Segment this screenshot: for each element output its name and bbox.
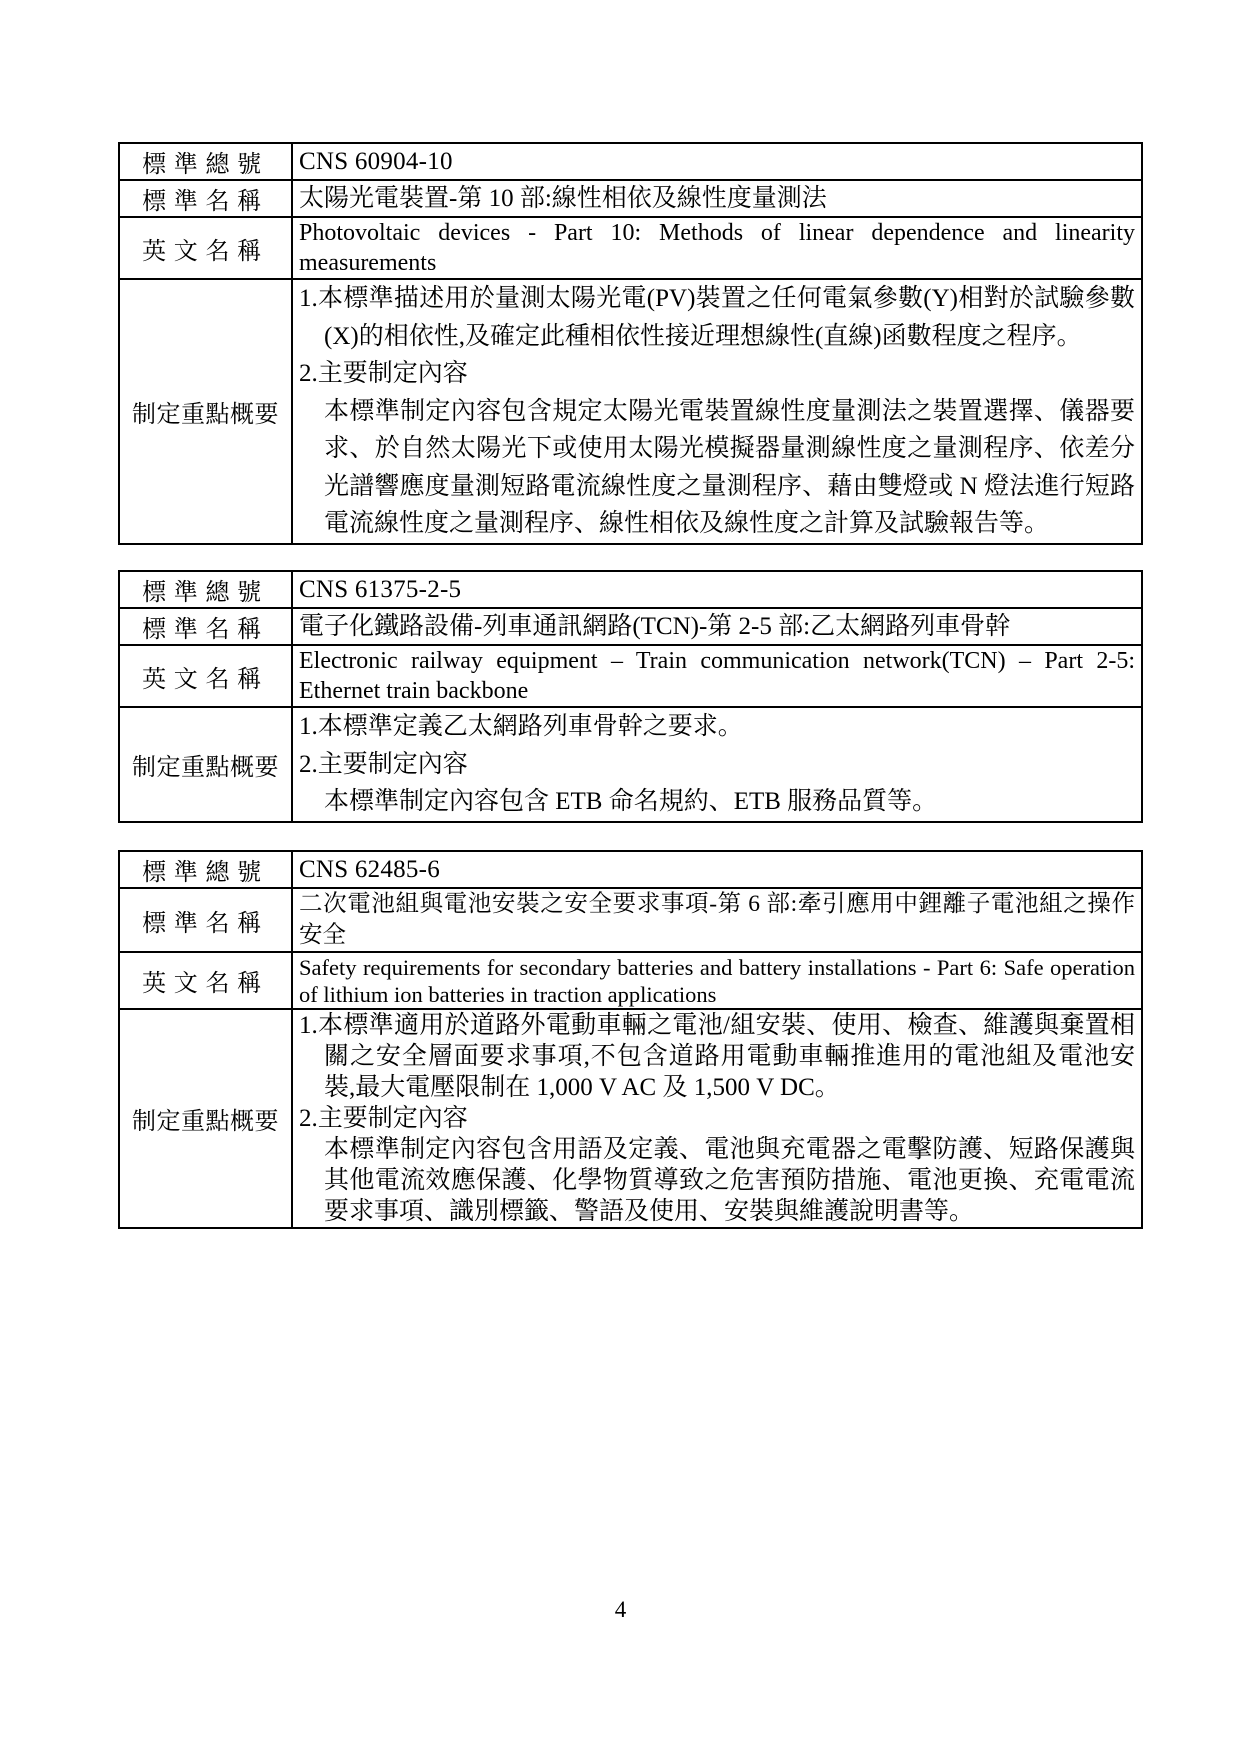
- table-row: 標準名稱 電子化鐵路設備-列車通訊網路(TCN)-第 2-5 部:乙太網路列車骨…: [119, 608, 1142, 645]
- table-row: 標準總號 CNS 60904-10: [119, 143, 1142, 180]
- label-summary: 制定重點概要: [119, 707, 292, 822]
- label-english-name: 英文名稱: [119, 645, 292, 707]
- table-row: 標準總號 CNS 62485-6: [119, 851, 1142, 888]
- english-name-value: Photovoltaic devices - Part 10: Methods …: [292, 217, 1142, 279]
- table-row: 英文名稱 Photovoltaic devices - Part 10: Met…: [119, 217, 1142, 279]
- label-standard-name: 標準名稱: [119, 888, 292, 952]
- table-row: 標準名稱 太陽光電裝置-第 10 部:線性相依及線性度量測法: [119, 180, 1142, 217]
- summary-paragraph: 2.主要制定內容: [299, 746, 1135, 784]
- standard-name-value: 二次電池組與電池安裝之安全要求事項-第 6 部:牽引應用中鋰離子電池組之操作安全: [292, 888, 1142, 952]
- table-row: 標準總號 CNS 61375-2-5: [119, 571, 1142, 608]
- document-page: 標準總號 CNS 60904-10 標準名稱 太陽光電裝置-第 10 部:線性相…: [0, 0, 1241, 1754]
- standard-name-value: 太陽光電裝置-第 10 部:線性相依及線性度量測法: [292, 180, 1142, 217]
- table-row: 制定重點概要 1.本標準適用於道路外電動車輛之電池/組安裝、使用、檢查、維護與棄…: [119, 1009, 1142, 1228]
- page-number: 4: [0, 1597, 1241, 1623]
- summary-paragraph: 1.本標準定義乙太網路列車骨幹之要求。: [299, 708, 1135, 746]
- label-standard-name: 標準名稱: [119, 608, 292, 645]
- standard-table-1: 標準總號 CNS 60904-10 標準名稱 太陽光電裝置-第 10 部:線性相…: [118, 142, 1143, 545]
- english-name-value: Electronic railway equipment – Train com…: [292, 645, 1142, 707]
- summary-paragraph: 本標準制定內容包含 ETB 命名規約、ETB 服務品質等。: [299, 783, 1135, 821]
- label-summary: 制定重點概要: [119, 279, 292, 544]
- summary-paragraph: 1.本標準描述用於量測太陽光電(PV)裝置之任何電氣參數(Y)相對於試驗參數(X…: [299, 280, 1135, 355]
- standard-table-3: 標準總號 CNS 62485-6 標準名稱 二次電池組與電池安裝之安全要求事項-…: [118, 850, 1143, 1229]
- summary-paragraph: 2.主要制定內容: [299, 1103, 1135, 1134]
- english-name-value: Safety requirements for secondary batter…: [292, 952, 1142, 1009]
- summary-value: 1.本標準適用於道路外電動車輛之電池/組安裝、使用、檢查、維護與棄置相關之安全層…: [292, 1009, 1142, 1228]
- label-standard-number: 標準總號: [119, 571, 292, 608]
- table-row: 英文名稱 Electronic railway equipment – Trai…: [119, 645, 1142, 707]
- label-english-name: 英文名稱: [119, 217, 292, 279]
- label-standard-number: 標準總號: [119, 851, 292, 888]
- label-standard-number: 標準總號: [119, 143, 292, 180]
- standard-name-value: 電子化鐵路設備-列車通訊網路(TCN)-第 2-5 部:乙太網路列車骨幹: [292, 608, 1142, 645]
- table-row: 制定重點概要 1.本標準描述用於量測太陽光電(PV)裝置之任何電氣參數(Y)相對…: [119, 279, 1142, 544]
- table-row: 標準名稱 二次電池組與電池安裝之安全要求事項-第 6 部:牽引應用中鋰離子電池組…: [119, 888, 1142, 952]
- label-english-name: 英文名稱: [119, 952, 292, 1009]
- standard-number-value: CNS 61375-2-5: [292, 571, 1142, 608]
- label-standard-name: 標準名稱: [119, 180, 292, 217]
- standard-number-value: CNS 60904-10: [292, 143, 1142, 180]
- summary-paragraph: 2.主要制定內容: [299, 355, 1135, 393]
- summary-value: 1.本標準定義乙太網路列車骨幹之要求。 2.主要制定內容 本標準制定內容包含 E…: [292, 707, 1142, 822]
- table-row: 英文名稱 Safety requirements for secondary b…: [119, 952, 1142, 1009]
- label-summary: 制定重點概要: [119, 1009, 292, 1228]
- summary-paragraph: 1.本標準適用於道路外電動車輛之電池/組安裝、使用、檢查、維護與棄置相關之安全層…: [299, 1010, 1135, 1103]
- summary-paragraph: 本標準制定內容包含用語及定義、電池與充電器之電擊防護、短路保護與其他電流效應保護…: [299, 1134, 1135, 1227]
- standard-table-2: 標準總號 CNS 61375-2-5 標準名稱 電子化鐵路設備-列車通訊網路(T…: [118, 570, 1143, 823]
- summary-paragraph: 本標準制定內容包含規定太陽光電裝置線性度量測法之裝置選擇、儀器要求、於自然太陽光…: [299, 393, 1135, 543]
- standard-number-value: CNS 62485-6: [292, 851, 1142, 888]
- table-row: 制定重點概要 1.本標準定義乙太網路列車骨幹之要求。 2.主要制定內容 本標準制…: [119, 707, 1142, 822]
- summary-value: 1.本標準描述用於量測太陽光電(PV)裝置之任何電氣參數(Y)相對於試驗參數(X…: [292, 279, 1142, 544]
